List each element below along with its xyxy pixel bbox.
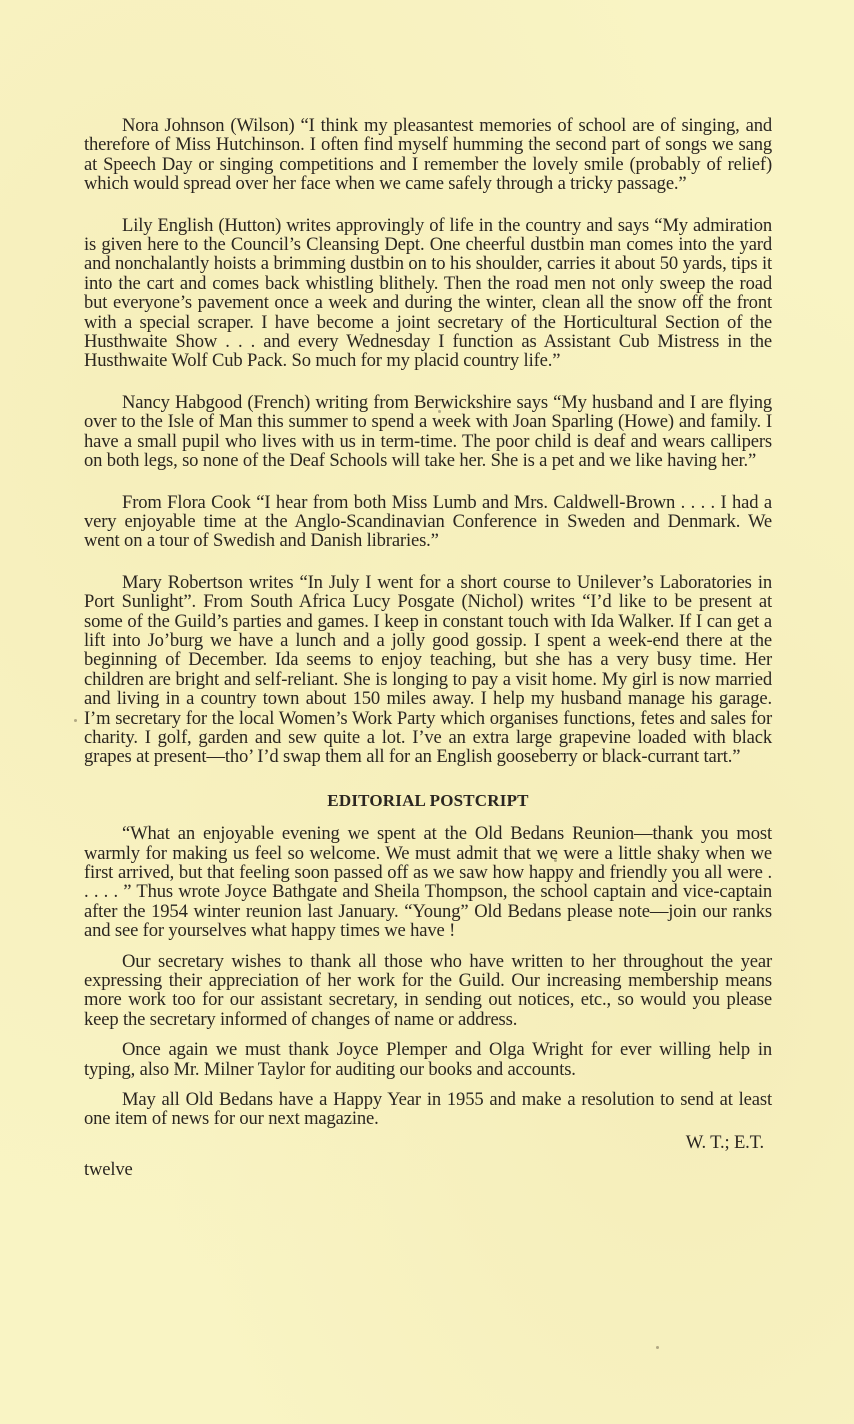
paragraph-editorial-reunion: “What an enjoyable evening we spent at t… bbox=[84, 824, 772, 940]
paper-speck bbox=[554, 859, 557, 862]
paper-speck bbox=[74, 719, 77, 722]
paragraph-flora-cook: From Flora Cook “I hear from both Miss L… bbox=[84, 493, 772, 551]
editor-signature: W. T.; E.T. bbox=[84, 1133, 764, 1152]
document-page: Nora Johnson (Wilson) “I think my pleasa… bbox=[84, 116, 772, 1180]
paragraph-nancy-habgood: Nancy Habgood (French) writing from Berw… bbox=[84, 393, 772, 471]
paragraph-editorial-thanks: Once again we must thank Joyce Plemper a… bbox=[84, 1040, 772, 1079]
paragraph-nora-johnson: Nora Johnson (Wilson) “I think my pleasa… bbox=[84, 116, 772, 194]
paragraph-lily-english: Lily English (Hutton) writes approvingly… bbox=[84, 216, 772, 371]
paragraph-editorial-new-year: May all Old Bedans have a Happy Year in … bbox=[84, 1090, 772, 1129]
paper-speck bbox=[438, 410, 441, 413]
page-number: twelve bbox=[84, 1160, 772, 1179]
paragraph-mary-robertson: Mary Robertson writes “In July I went fo… bbox=[84, 573, 772, 767]
section-heading-editorial-postscript: EDITORIAL POSTCRIPT bbox=[84, 791, 772, 810]
paper-speck bbox=[656, 1346, 659, 1349]
paragraph-editorial-secretary: Our secretary wishes to thank all those … bbox=[84, 952, 772, 1030]
